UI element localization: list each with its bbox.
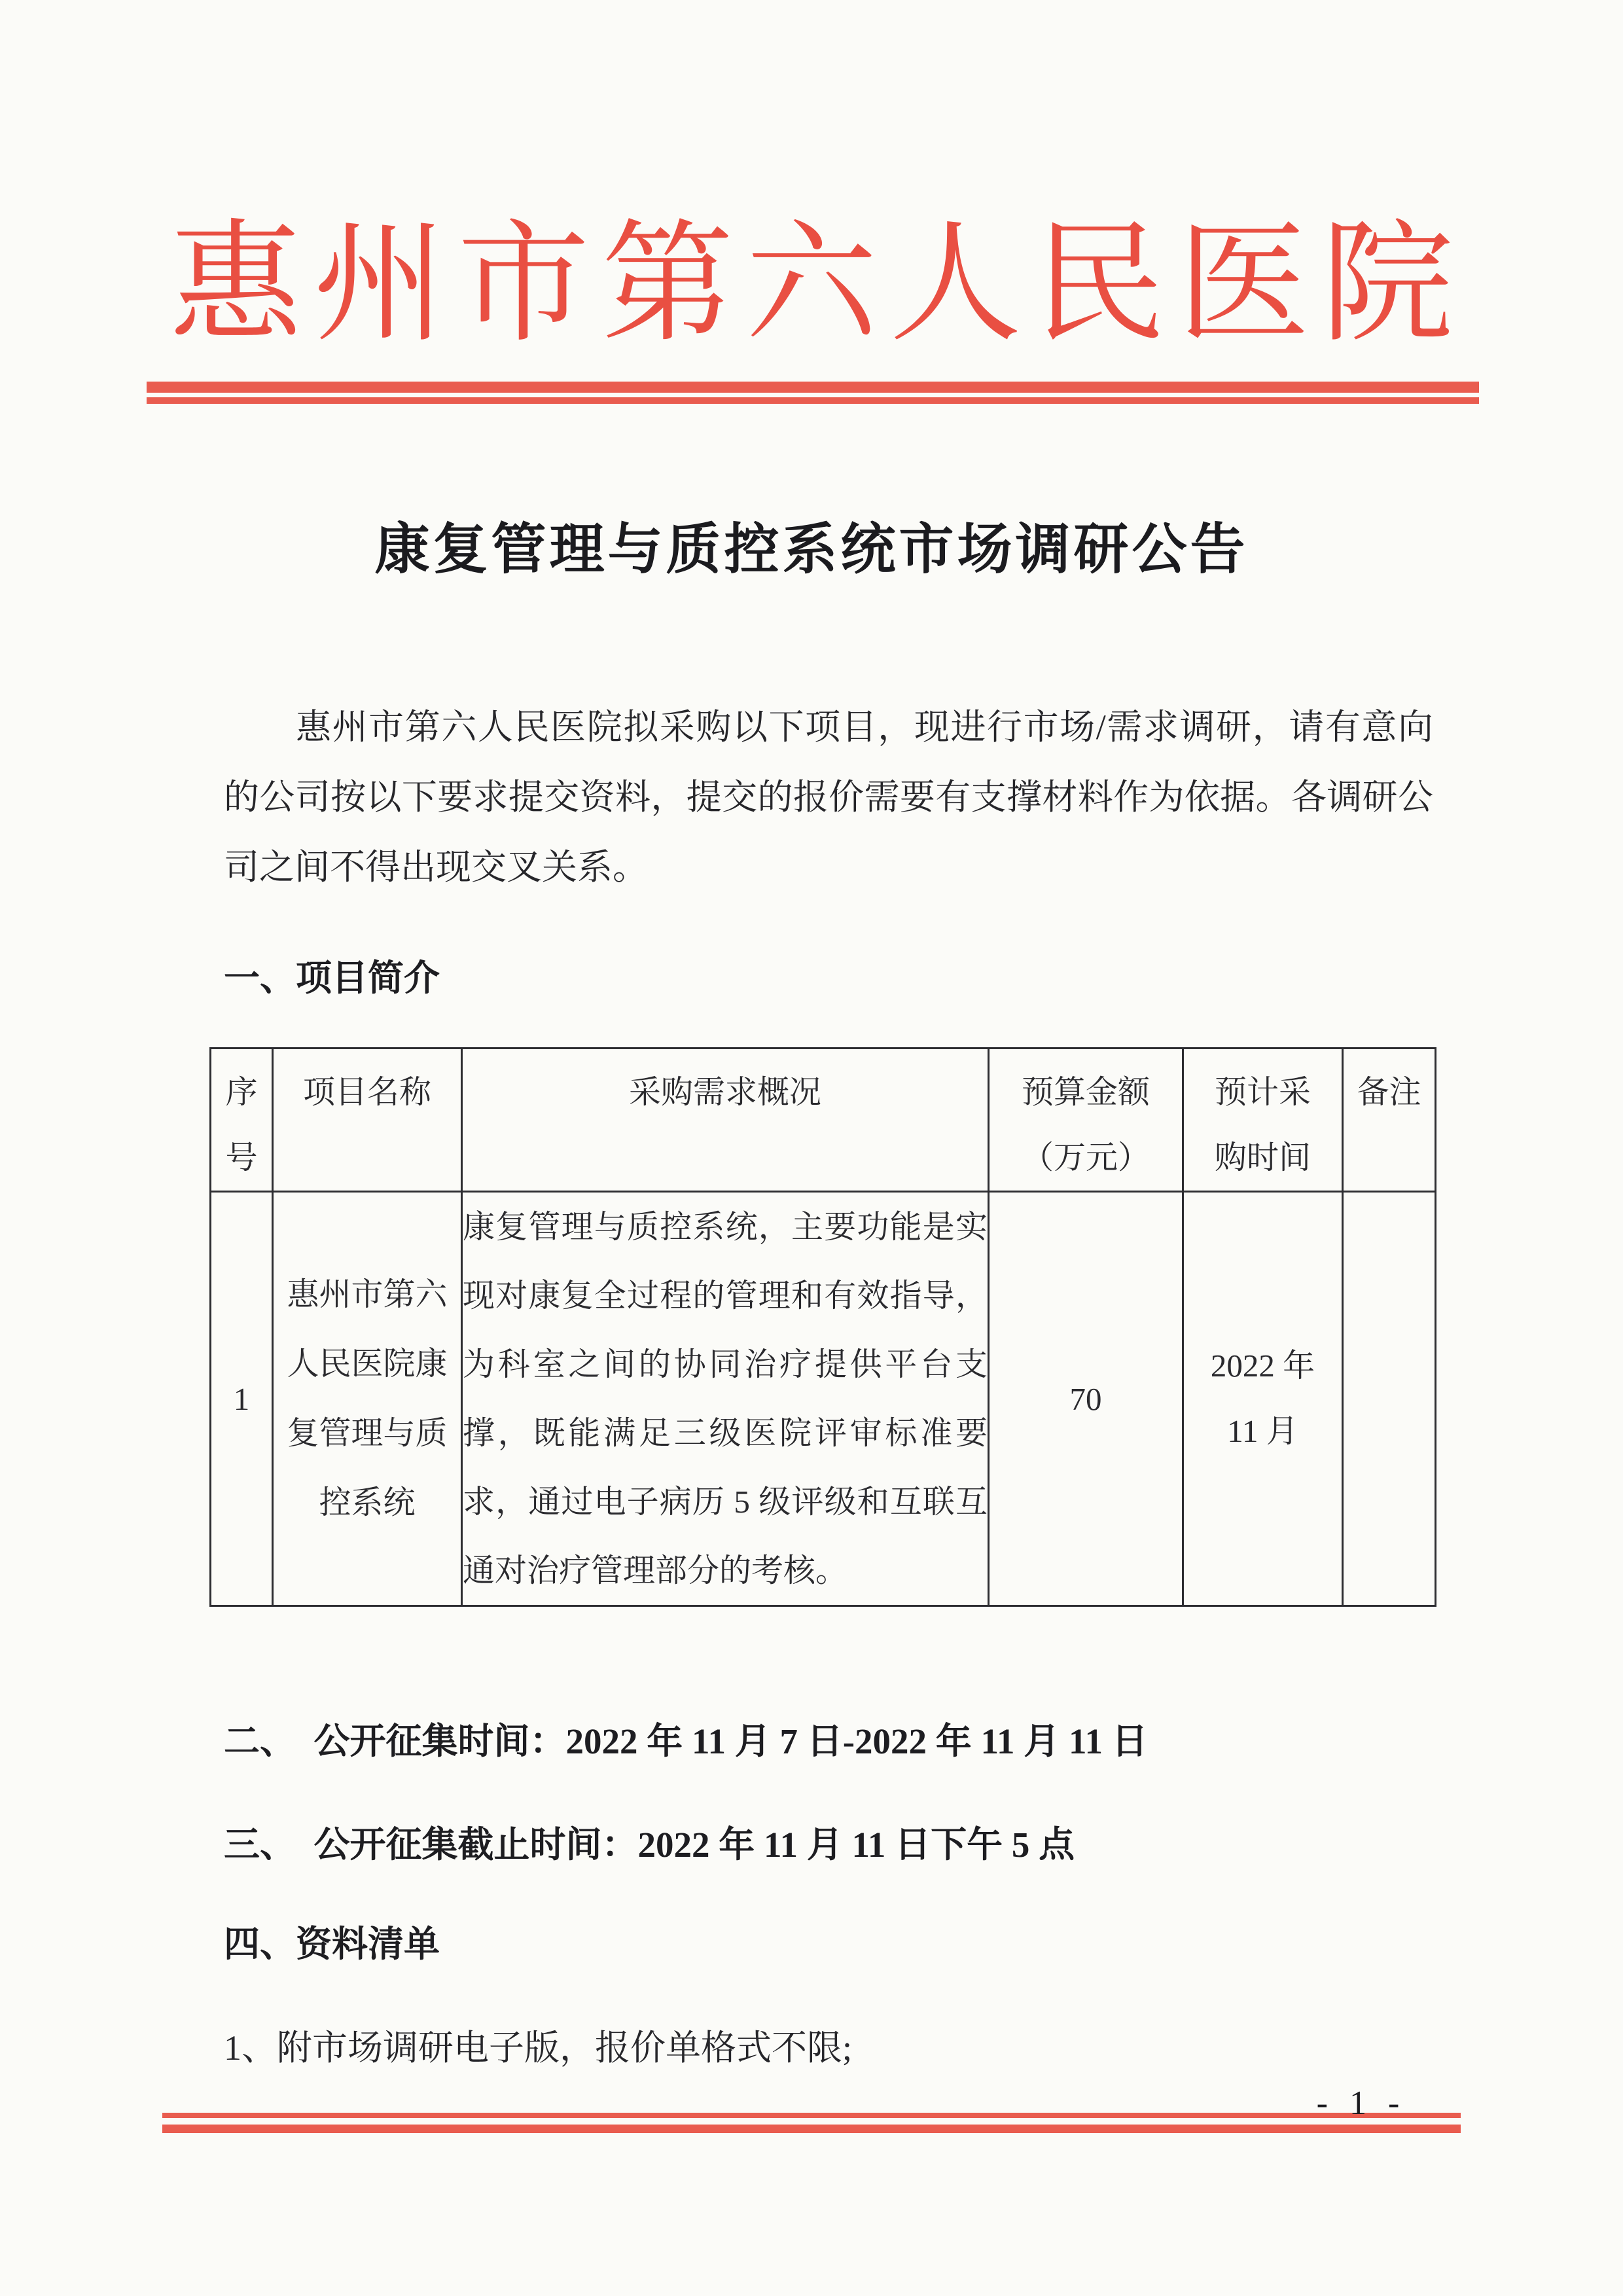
- section-3-heading: 三、 公开征集截止时间：2022 年 11 月 11 日下午 5 点: [224, 1816, 1075, 1867]
- cell-time: 2022 年 11 月: [1183, 1192, 1343, 1606]
- col-header-overview: 采购需求概况: [462, 1049, 989, 1192]
- cell-overview: 康复管理与质控系统，主要功能是实现对康复全过程的管理和有效指导，为科室之间的协同…: [462, 1192, 989, 1606]
- footer-rule-thick: [162, 2125, 1461, 2133]
- col-header-budget: 预算金额 （万元）: [989, 1049, 1183, 1192]
- col-header-seq: 序号: [211, 1049, 273, 1192]
- table-header-row: 序号 项目名称 采购需求概况 预算金额 （万元） 预计采 购时间 备注: [211, 1049, 1436, 1192]
- col-header-remark: 备注: [1343, 1049, 1436, 1192]
- project-table: 序号 项目名称 采购需求概况 预算金额 （万元） 预计采 购时间 备注 1 惠州…: [209, 1047, 1436, 1607]
- material-list-item-1: 1、附市场调研电子版，报价单格式不限;: [224, 2020, 852, 2070]
- cell-remark: [1343, 1192, 1436, 1606]
- col-header-name: 项目名称: [273, 1049, 462, 1192]
- section-4-heading: 四、资料清单: [224, 1915, 440, 1967]
- cell-budget: 70: [989, 1192, 1183, 1606]
- table-row: 1 惠州市第六人民医院康复管理与质控系统 康复管理与质控系统，主要功能是实现对康…: [211, 1192, 1436, 1606]
- letterhead-rule-thick: [147, 382, 1479, 393]
- intro-paragraph: 惠州市第六人民医院拟采购以下项目，现进行市场/需求调研，请有意向的公司按以下要求…: [224, 692, 1433, 903]
- col-header-time: 预计采 购时间: [1183, 1049, 1343, 1192]
- section-1-heading: 一、项目简介: [224, 949, 440, 1001]
- letterhead-hospital-name: 惠州市第六人民医院: [0, 207, 1623, 363]
- cell-name: 惠州市第六人民医院康复管理与质控系统: [273, 1192, 462, 1606]
- document-title: 康复管理与质控系统市场调研公告: [0, 505, 1623, 584]
- document-page: 惠州市第六人民医院 康复管理与质控系统市场调研公告 惠州市第六人民医院拟采购以下…: [0, 0, 1623, 2296]
- footer-rule-thin: [162, 2113, 1461, 2118]
- section-2-heading: 二、 公开征集时间：2022 年 11 月 7 日-2022 年 11 月 11…: [224, 1712, 1148, 1764]
- letterhead-rule-thin: [147, 397, 1479, 404]
- page-number: - 1 -: [1297, 2084, 1425, 2123]
- cell-seq: 1: [211, 1192, 273, 1606]
